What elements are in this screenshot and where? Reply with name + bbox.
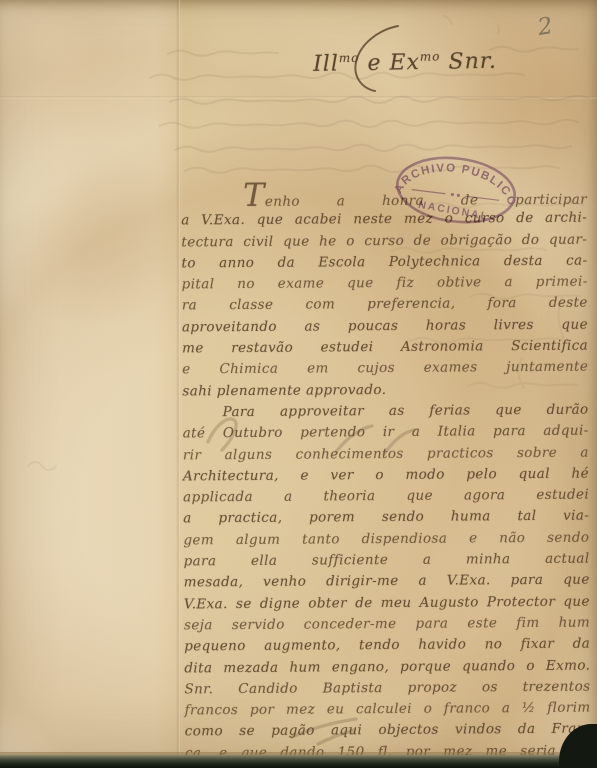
- letter-line: a V.Exa. que acabei neste mez o curso de…: [181, 210, 587, 234]
- horizontal-crease: [0, 96, 597, 99]
- letter-line: applicada a theoria que agora estudei: [183, 487, 589, 511]
- scan-background-edge: [0, 755, 597, 768]
- stamp-text-bottom: NACIONAL: [417, 199, 489, 223]
- letter-line: mesada, venho dirigir-me a V.Exa. para q…: [184, 572, 590, 596]
- letter-line: aproveitando as poucas horas livres que: [182, 316, 588, 340]
- letter-line: tectura civil que he o curso de obrigaçã…: [181, 231, 587, 255]
- letter-line: e Chimica em cujos exames juntamente: [182, 359, 588, 383]
- stamp-text-top: ARCHIVO PUBLICO: [392, 155, 522, 209]
- letter-line: francos por mez eu calculei o franco a ½…: [185, 700, 591, 724]
- letter-line: V.Exa. se digne obter de meu Augusto Pro…: [184, 593, 590, 617]
- letter-line: sahi plenamente approvado.: [182, 380, 588, 404]
- letter-line: pital no exame que fiz obtive a primei-: [182, 274, 588, 298]
- letter-line: para ella sufficiente a minha actual: [184, 551, 590, 575]
- letter-line: até Outubro pertendo ir a Italia para ad…: [183, 423, 589, 447]
- archive-stamp: ARCHIVO PUBLICO NACIONAL: [386, 148, 526, 236]
- letter-line: gem algum tanto dispendiosa e não sendo: [183, 529, 589, 553]
- paper: 2 Illmo e Exmo Snr. Tenho a honra de par…: [0, 0, 597, 756]
- page-number-annotation: 2: [536, 13, 555, 41]
- letter-line: rir alguns conhecimentos practicos sobre…: [183, 444, 589, 468]
- salutation-line: Illmo e Exmo Snr.: [235, 47, 575, 78]
- letter-line: Tenho a honra de participar: [181, 189, 587, 213]
- letter-line: to anno da Escola Polytechnica desta ca-: [181, 252, 587, 276]
- letter-body: Tenho a honra de participara V.Exa. que …: [181, 189, 591, 767]
- letter-line: ra classe com preferencia, fora deste: [182, 295, 588, 319]
- letter-line: seja servido conceder-me para este fim h…: [184, 615, 590, 639]
- scanned-letter-page: 2 Illmo e Exmo Snr. Tenho a honra de par…: [0, 0, 597, 768]
- letter-line: Architectura, e ver o modo pelo qual hé: [183, 465, 589, 489]
- letter-line: me restavão estudei Astronomia Scientifi…: [182, 338, 588, 362]
- letter-line: pequeno augmento, tendo havido no fixar …: [184, 636, 590, 660]
- letter-line: a practica, porem sendo huma tal via-: [183, 508, 589, 532]
- fold-crease: [176, 0, 180, 756]
- stamp-ornament: [451, 193, 455, 197]
- letter-line: dita mezada hum engano, porque quando o …: [184, 657, 590, 681]
- letter-line: Snr. Candido Baptista propoz os trezento…: [184, 678, 590, 702]
- letter-line: como se pagão aqui objectos vindos da Fr…: [185, 721, 591, 745]
